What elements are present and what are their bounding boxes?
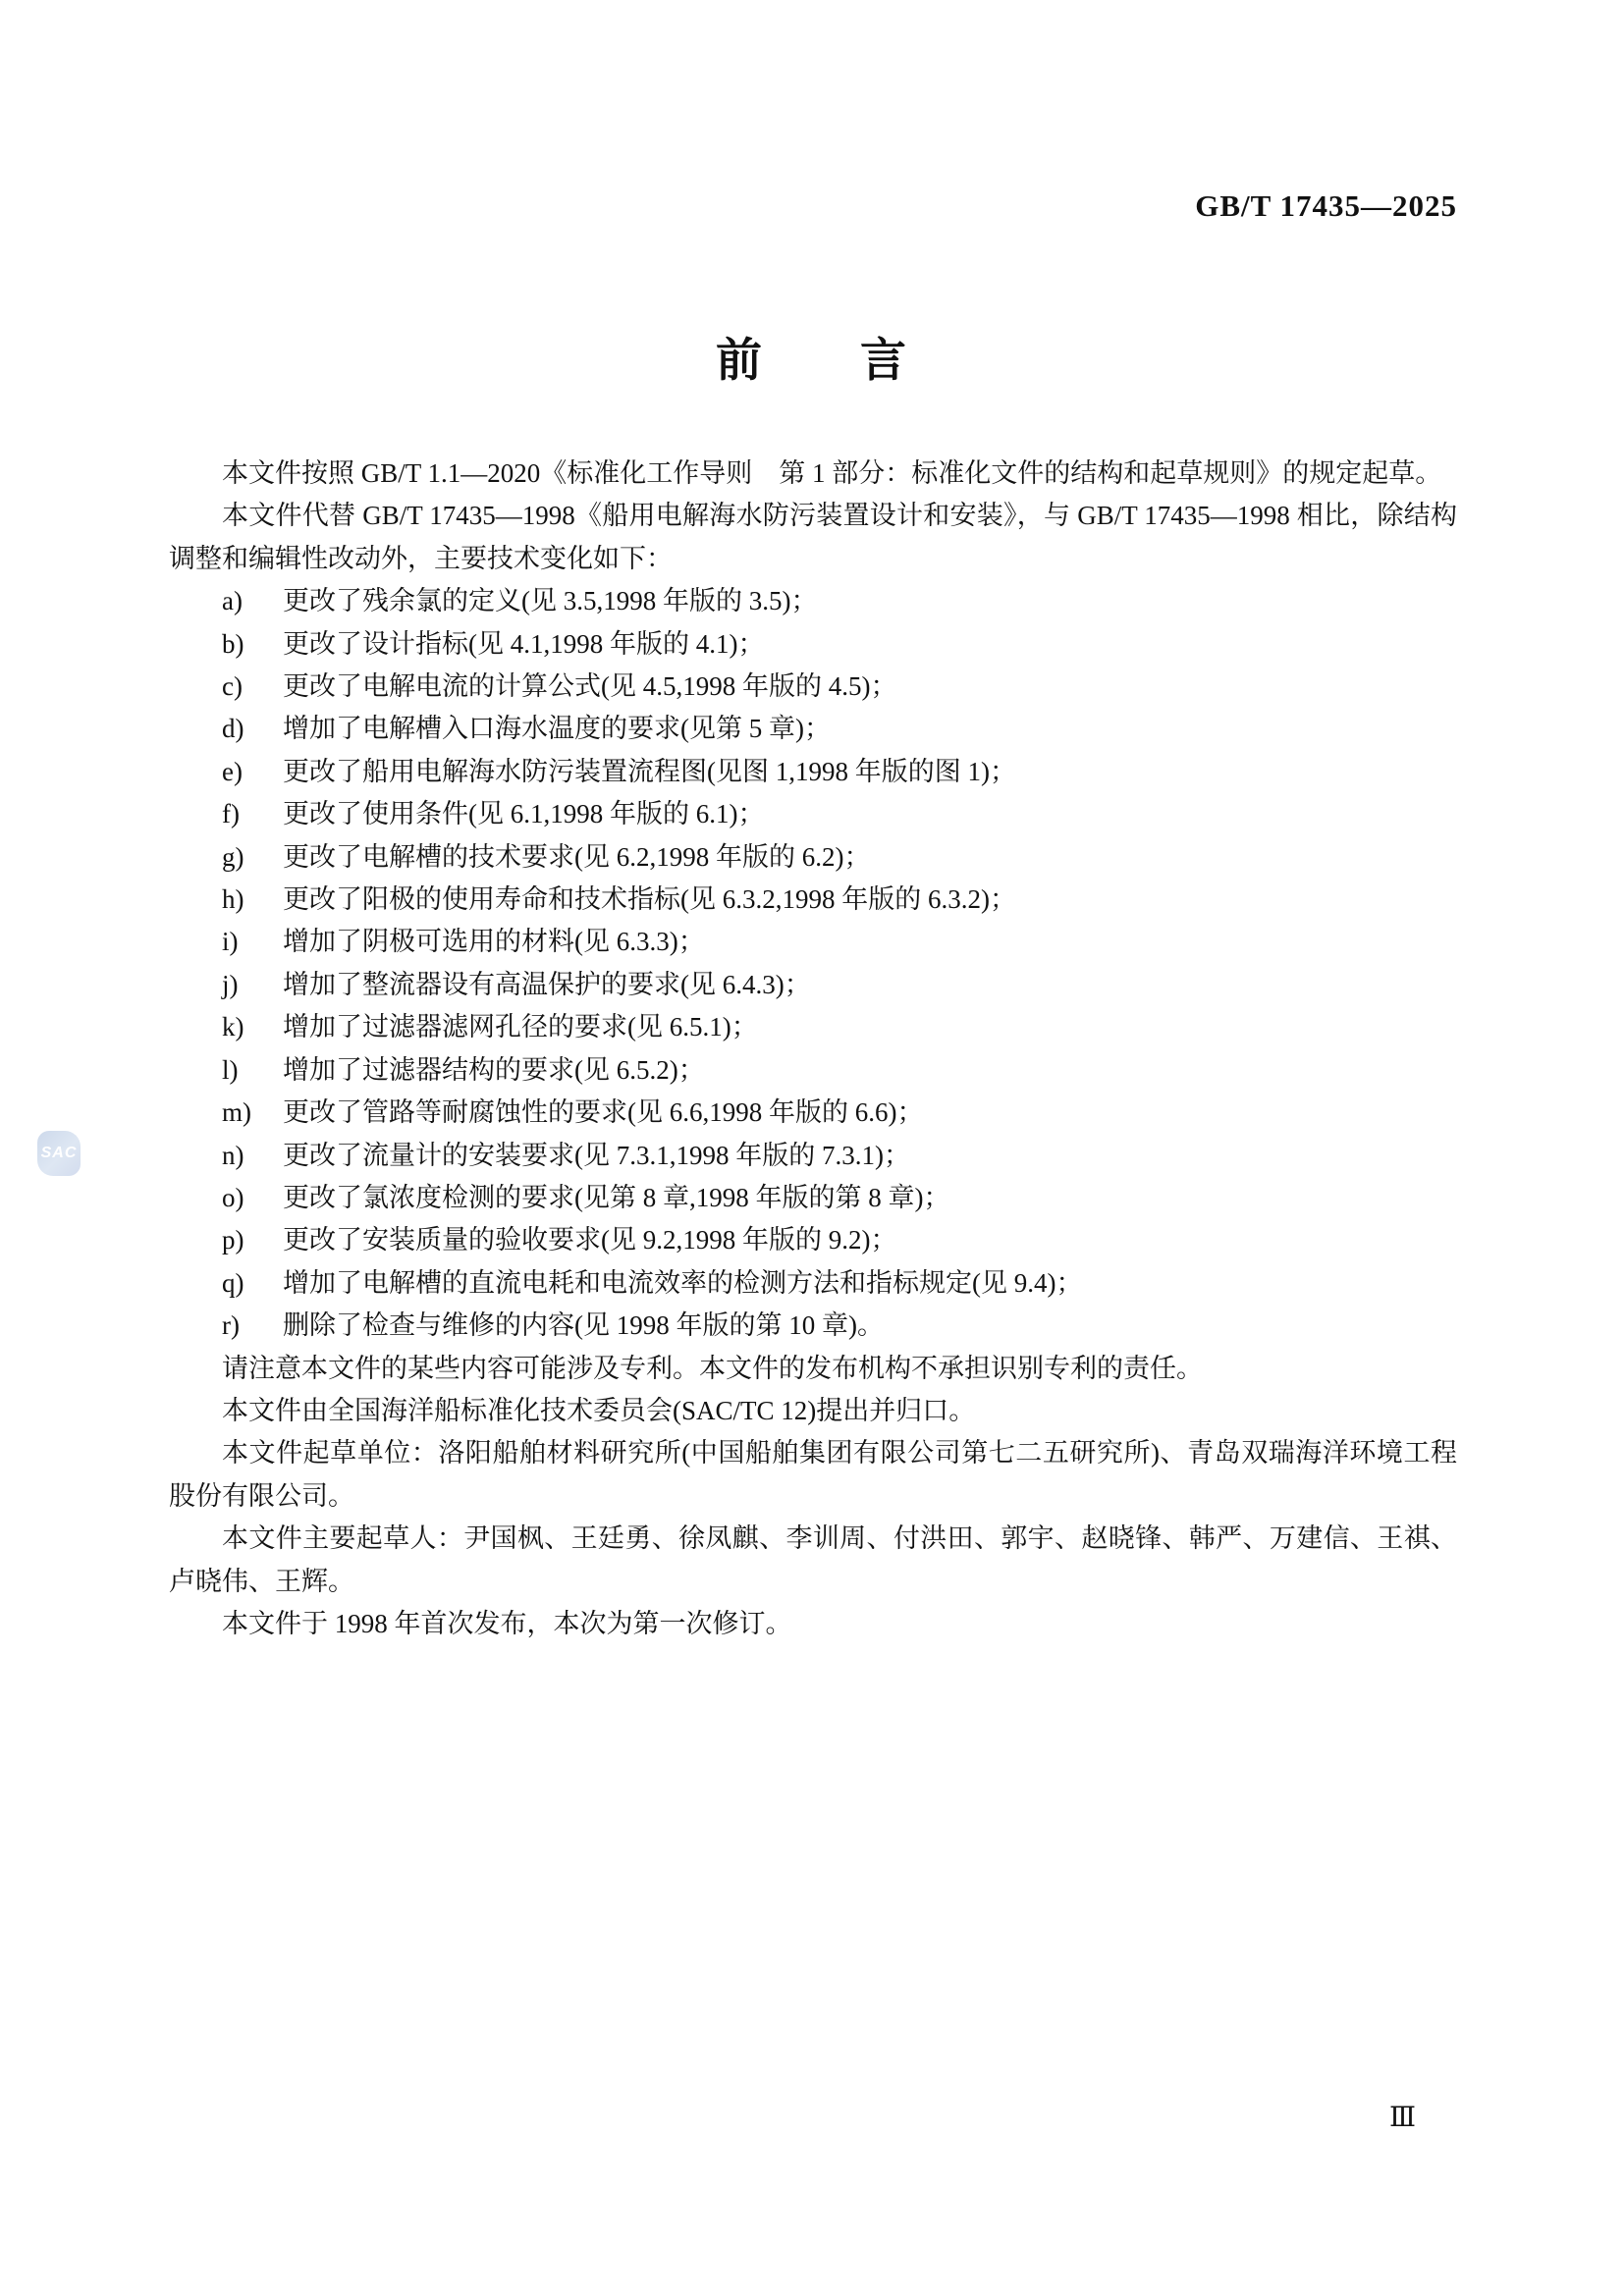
- sac-watermark: SAC: [37, 1131, 81, 1176]
- list-item-text: 增加了电解槽的直流电耗和电流效率的检测方法和指标规定(见 9.4)；: [283, 1262, 1457, 1305]
- list-item-text: 更改了安装质量的验收要求(见 9.2,1998 年版的 9.2)；: [283, 1219, 1457, 1261]
- list-item-label: n): [222, 1135, 283, 1177]
- page-number: Ⅲ: [1389, 2101, 1416, 2134]
- standard-code: GB/T 17435—2025: [1195, 188, 1457, 224]
- list-item-text: 更改了管路等耐腐蚀性的要求(见 6.6,1998 年版的 6.6)；: [283, 1092, 1457, 1134]
- list-item-text: 增加了阴极可选用的材料(见 6.3.3)；: [283, 921, 1457, 963]
- list-item-text: 更改了流量计的安装要求(见 7.3.1,1998 年版的 7.3.1)；: [283, 1135, 1457, 1177]
- list-item-text: 增加了整流器设有高温保护的要求(见 6.4.3)；: [283, 964, 1457, 1006]
- list-item-label: r): [222, 1305, 283, 1347]
- drafting-organizations-paragraph: 本文件起草单位：洛阳船舶材料研究所(中国船舶集团有限公司第七二五研究所)、青岛双…: [169, 1432, 1457, 1518]
- sac-logo-icon: SAC: [41, 1145, 78, 1162]
- list-item: n) 更改了流量计的安装要求(见 7.3.1,1998 年版的 7.3.1)；: [222, 1135, 1457, 1177]
- list-item: a) 更改了残余氯的定义(见 3.5,1998 年版的 3.5)；: [222, 580, 1457, 622]
- list-item: i) 增加了阴极可选用的材料(见 6.3.3)；: [222, 921, 1457, 963]
- patent-notice-paragraph: 请注意本文件的某些内容可能涉及专利。本文件的发布机构不承担识别专利的责任。: [169, 1348, 1457, 1390]
- list-item-label: e): [222, 751, 283, 793]
- list-item: e) 更改了船用电解海水防污装置流程图(见图 1,1998 年版的图 1)；: [222, 751, 1457, 793]
- list-item-text: 更改了阳极的使用寿命和技术指标(见 6.3.2,1998 年版的 6.3.2)；: [283, 879, 1457, 921]
- list-item: c) 更改了电解电流的计算公式(见 4.5,1998 年版的 4.5)；: [222, 666, 1457, 708]
- list-item-label: b): [222, 623, 283, 666]
- list-item-label: i): [222, 921, 283, 963]
- list-item: d) 增加了电解槽入口海水温度的要求(见第 5 章)；: [222, 708, 1457, 750]
- list-item: m) 更改了管路等耐腐蚀性的要求(见 6.6,1998 年版的 6.6)；: [222, 1092, 1457, 1134]
- document-page: GB/T 17435—2025 前 言 SAC 本文件按照 GB/T 1.1—2…: [0, 0, 1624, 2296]
- list-item: q) 增加了电解槽的直流电耗和电流效率的检测方法和指标规定(见 9.4)；: [222, 1262, 1457, 1305]
- list-item-label: o): [222, 1177, 283, 1219]
- list-item: h) 更改了阳极的使用寿命和技术指标(见 6.3.2,1998 年版的 6.3.…: [222, 879, 1457, 921]
- list-item: b) 更改了设计指标(见 4.1,1998 年版的 4.1)；: [222, 623, 1457, 666]
- list-item-text: 更改了残余氯的定义(见 3.5,1998 年版的 3.5)；: [283, 580, 1457, 622]
- list-item: p) 更改了安装质量的验收要求(见 9.2,1998 年版的 9.2)；: [222, 1219, 1457, 1261]
- revision-history-paragraph: 本文件于 1998 年首次发布，本次为第一次修订。: [169, 1603, 1457, 1645]
- intro-paragraph: 本文件代替 GB/T 17435—1998《船用电解海水防污装置设计和安装》，与…: [169, 495, 1457, 580]
- list-item: o) 更改了氯浓度检测的要求(见第 8 章,1998 年版的第 8 章)；: [222, 1177, 1457, 1219]
- list-item-text: 更改了电解槽的技术要求(见 6.2,1998 年版的 6.2)；: [283, 836, 1457, 879]
- list-item-label: p): [222, 1219, 283, 1261]
- list-item-text: 更改了设计指标(见 4.1,1998 年版的 4.1)；: [283, 623, 1457, 666]
- list-item-label: l): [222, 1049, 283, 1092]
- list-item-text: 更改了氯浓度检测的要求(见第 8 章,1998 年版的第 8 章)；: [283, 1177, 1457, 1219]
- list-item-text: 增加了电解槽入口海水温度的要求(见第 5 章)；: [283, 708, 1457, 750]
- list-item-label: h): [222, 879, 283, 921]
- list-item-label: f): [222, 793, 283, 835]
- list-item-label: d): [222, 708, 283, 750]
- list-item-label: c): [222, 666, 283, 708]
- technical-changes-list: a) 更改了残余氯的定义(见 3.5,1998 年版的 3.5)； b) 更改了…: [169, 580, 1457, 1347]
- foreword-body: 本文件按照 GB/T 1.1—2020《标准化工作导则 第 1 部分：标准化文件…: [169, 453, 1457, 1645]
- list-item-text: 增加了过滤器滤网孔径的要求(见 6.5.1)；: [283, 1006, 1457, 1048]
- list-item-text: 更改了电解电流的计算公式(见 4.5,1998 年版的 4.5)；: [283, 666, 1457, 708]
- list-item: k) 增加了过滤器滤网孔径的要求(见 6.5.1)；: [222, 1006, 1457, 1048]
- list-item-text: 更改了船用电解海水防污装置流程图(见图 1,1998 年版的图 1)；: [283, 751, 1457, 793]
- list-item-text: 更改了使用条件(见 6.1,1998 年版的 6.1)；: [283, 793, 1457, 835]
- list-item-label: j): [222, 964, 283, 1006]
- list-item-label: m): [222, 1092, 283, 1134]
- list-item-label: a): [222, 580, 283, 622]
- list-item: g) 更改了电解槽的技术要求(见 6.2,1998 年版的 6.2)；: [222, 836, 1457, 879]
- page-title: 前 言: [0, 324, 1624, 390]
- list-item: f) 更改了使用条件(见 6.1,1998 年版的 6.1)；: [222, 793, 1457, 835]
- list-item: j) 增加了整流器设有高温保护的要求(见 6.4.3)；: [222, 964, 1457, 1006]
- list-item-label: g): [222, 836, 283, 879]
- list-item: r) 删除了检查与维修的内容(见 1998 年版的第 10 章)。: [222, 1305, 1457, 1347]
- list-item-label: k): [222, 1006, 283, 1048]
- list-item-text: 删除了检查与维修的内容(见 1998 年版的第 10 章)。: [283, 1305, 1457, 1347]
- intro-paragraph: 本文件按照 GB/T 1.1—2020《标准化工作导则 第 1 部分：标准化文件…: [169, 453, 1457, 495]
- drafters-paragraph: 本文件主要起草人：尹国枫、王廷勇、徐凤麒、李训周、付洪田、郭宇、赵晓锋、韩严、万…: [169, 1518, 1457, 1603]
- list-item: l) 增加了过滤器结构的要求(见 6.5.2)；: [222, 1049, 1457, 1092]
- list-item-label: q): [222, 1262, 283, 1305]
- committee-paragraph: 本文件由全国海洋船标准化技术委员会(SAC/TC 12)提出并归口。: [169, 1390, 1457, 1432]
- list-item-text: 增加了过滤器结构的要求(见 6.5.2)；: [283, 1049, 1457, 1092]
